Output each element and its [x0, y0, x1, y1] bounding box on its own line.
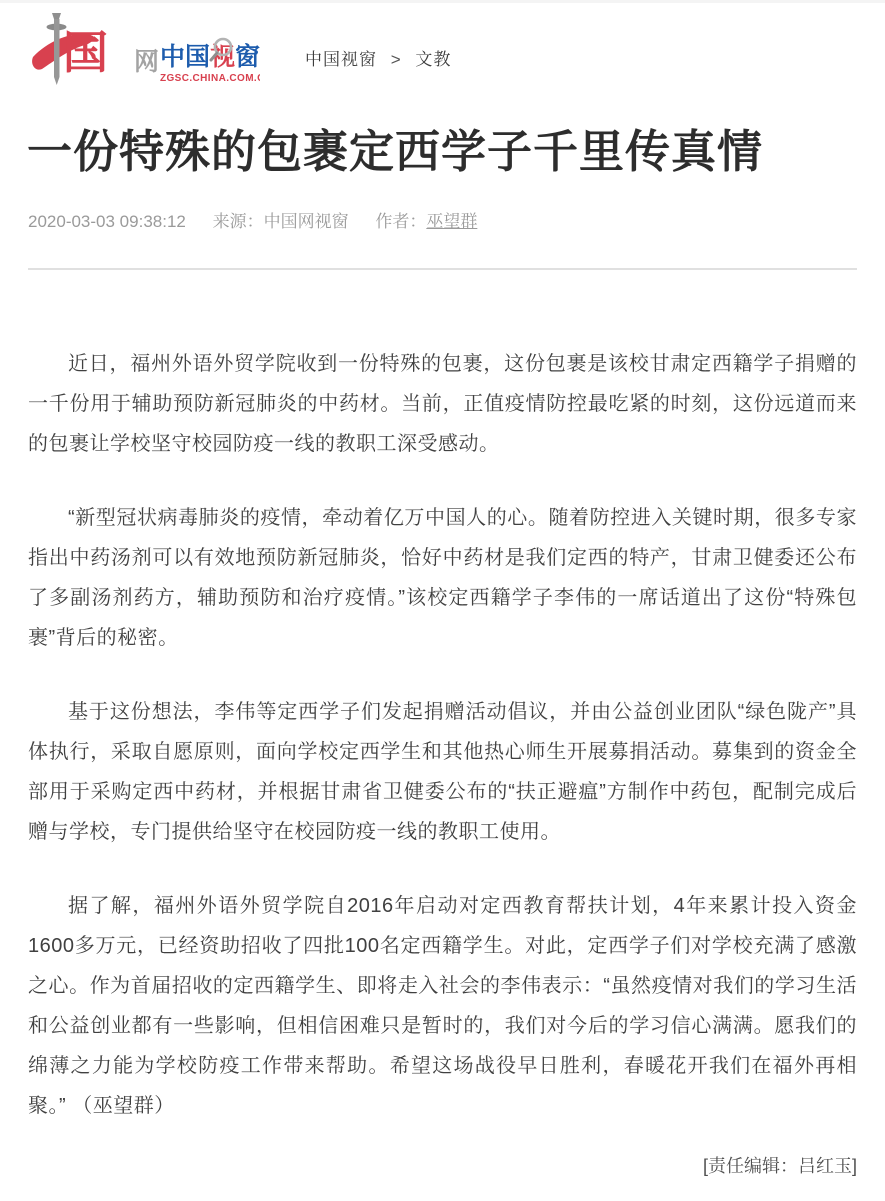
author-segment: 作者：巫望群	[375, 212, 477, 231]
source-segment: 来源：中国网视窗	[213, 212, 349, 231]
logo-guo-char: 国	[63, 27, 108, 78]
author-label: 作者：	[375, 212, 426, 231]
logo-net-char: 网	[134, 48, 159, 76]
breadcrumb-section[interactable]: 中国视窗	[305, 50, 377, 69]
breadcrumb-category[interactable]: 文教	[415, 50, 451, 69]
publish-date: 2020-03-03 09:38:12	[28, 212, 186, 231]
breadcrumb-separator: >	[391, 50, 402, 69]
logo-site-name: 中国视窗	[160, 42, 260, 71]
article-title: 一份特殊的包裹定西学子千里传真情	[27, 127, 858, 177]
source-label: 来源：	[213, 212, 264, 231]
site-logo[interactable]: 国 网 中国视窗 ZGSC.CHINA.COM.CN	[30, 11, 260, 91]
author-name[interactable]: 巫望群	[426, 212, 477, 231]
article-body: 近日，福州外语外贸学院收到一份特殊的包裹，这份包裹是该校甘肃定西籍学子捐赠的一千…	[28, 344, 857, 1126]
article-paragraph-1: 近日，福州外语外贸学院收到一份特殊的包裹，这份包裹是该校甘肃定西籍学子捐赠的一千…	[28, 344, 857, 464]
editor-note: [责任编辑：吕红玉]	[28, 1152, 857, 1178]
header-divider	[28, 268, 857, 270]
logo-domain-text: ZGSC.CHINA.COM.CN	[160, 73, 260, 84]
article-paragraph-2: “新型冠状病毒肺炎的疫情，牵动着亿万中国人的心。随着防控进入关键时期，很多专家指…	[28, 498, 857, 658]
site-header: 国 网 中国视窗 ZGSC.CHINA.COM.CN 中国视窗 > 文教	[0, 3, 885, 103]
article-meta: 2020-03-03 09:38:12 来源：中国网视窗 作者：巫望群	[28, 207, 857, 232]
article-paragraph-3: 基于这份想法，李伟等定西学子们发起捐赠活动倡议，并由公益创业团队“绿色陇产”具体…	[28, 692, 857, 852]
breadcrumb: 中国视窗 > 文教	[305, 45, 451, 70]
article-paragraph-4: 据了解，福州外语外贸学院自2016年启动对定西教育帮扶计划，4年来累计投入资金1…	[28, 886, 857, 1126]
source-name: 中国网视窗	[264, 212, 349, 231]
